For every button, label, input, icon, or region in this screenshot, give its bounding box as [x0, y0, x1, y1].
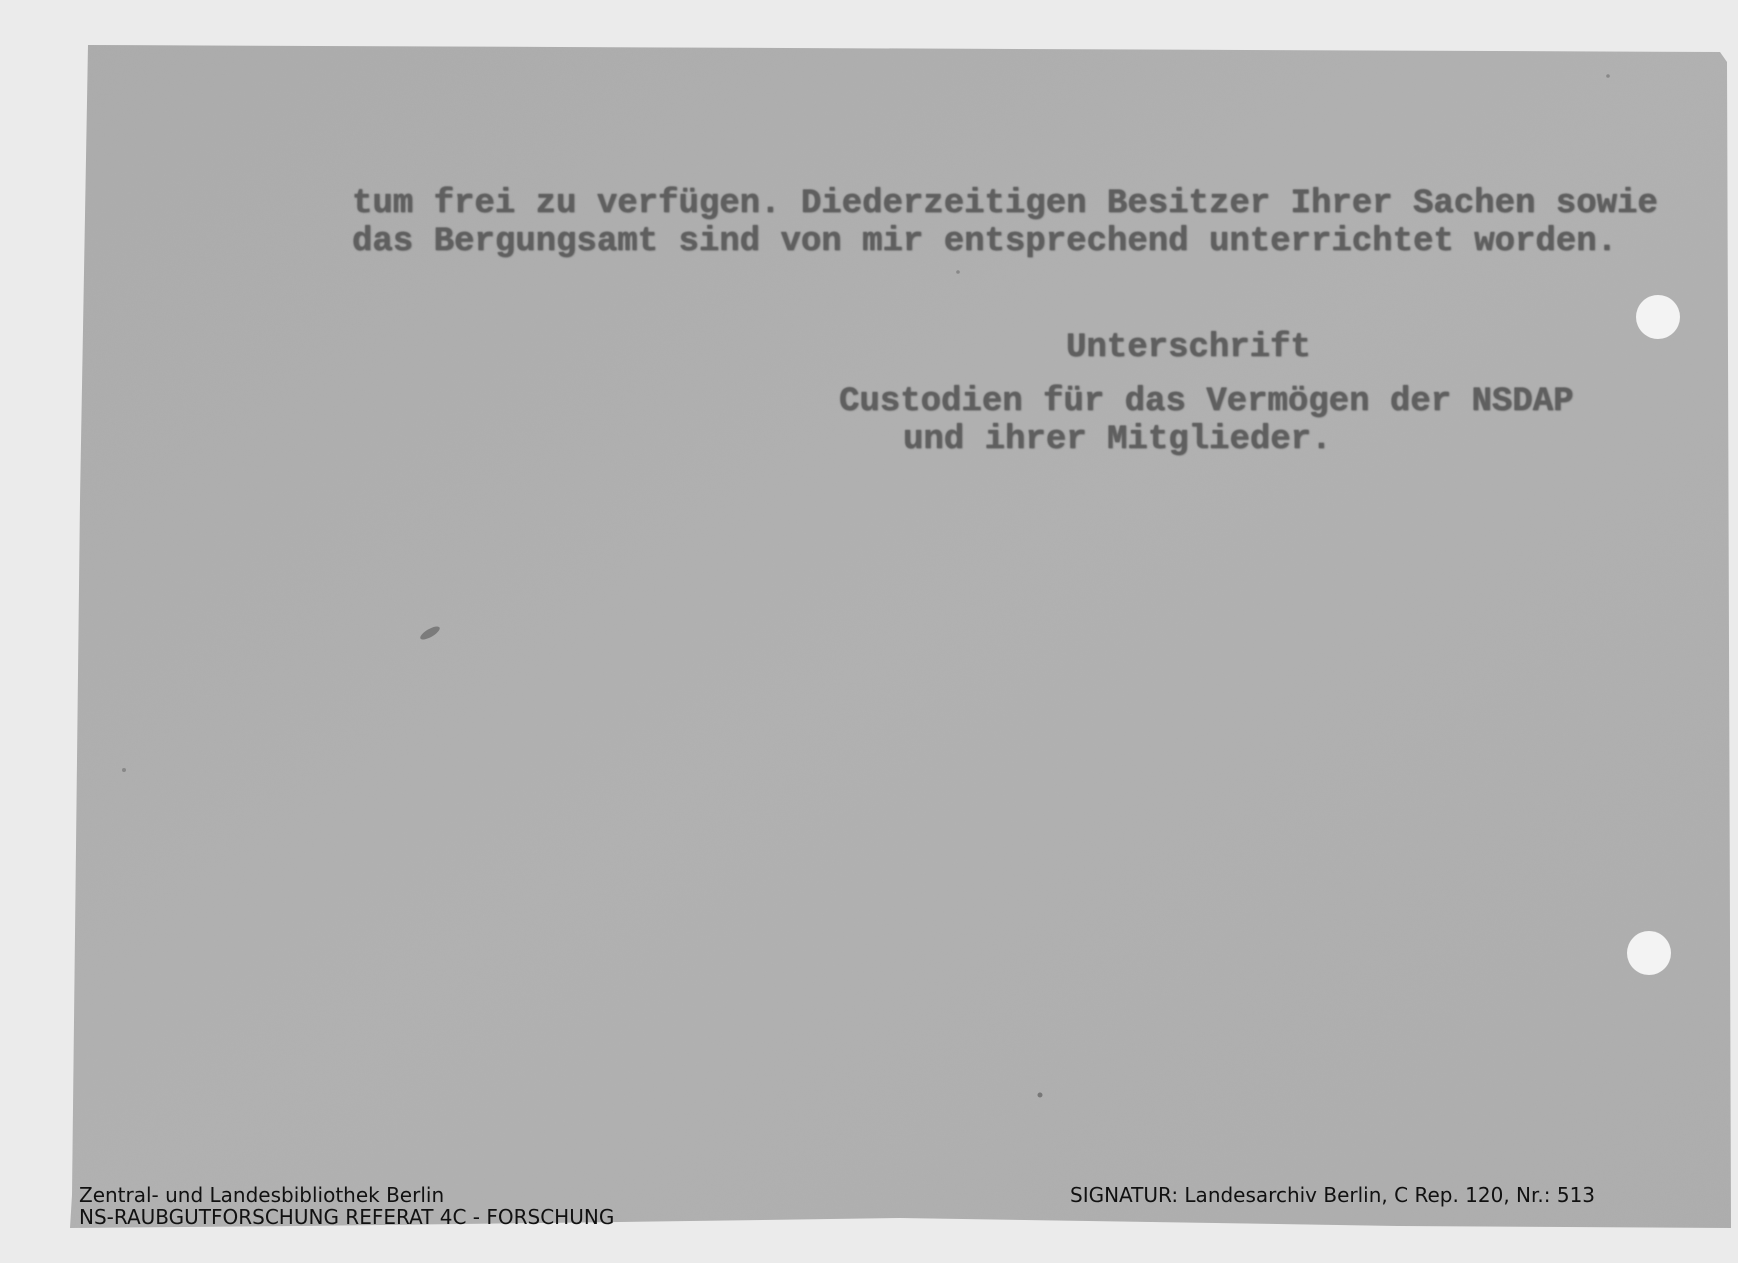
footer-department: NS-RAUBGUTFORSCHUNG REFERAT 4C - FORSCHU… — [79, 1206, 614, 1228]
signature-label: Unterschrift — [1066, 329, 1311, 367]
signature-organization-line: und ihrer Mitglieder. — [903, 421, 1331, 459]
punch-hole-top — [1636, 295, 1680, 339]
body-text-line: tum frei zu verfügen. Diederzeitigen Bes… — [352, 185, 1658, 223]
footer-archive-signature: SIGNATUR: Landesarchiv Berlin, C Rep. 12… — [1070, 1184, 1595, 1206]
punch-hole-bottom — [1627, 931, 1671, 975]
footer-institution-name: Zentral- und Landesbibliothek Berlin — [79, 1184, 444, 1206]
body-text-line: das Bergungsamt sind von mir entsprechen… — [352, 223, 1617, 261]
signature-organization-line: Custodien für das Vermögen der NSDAP — [839, 383, 1574, 421]
